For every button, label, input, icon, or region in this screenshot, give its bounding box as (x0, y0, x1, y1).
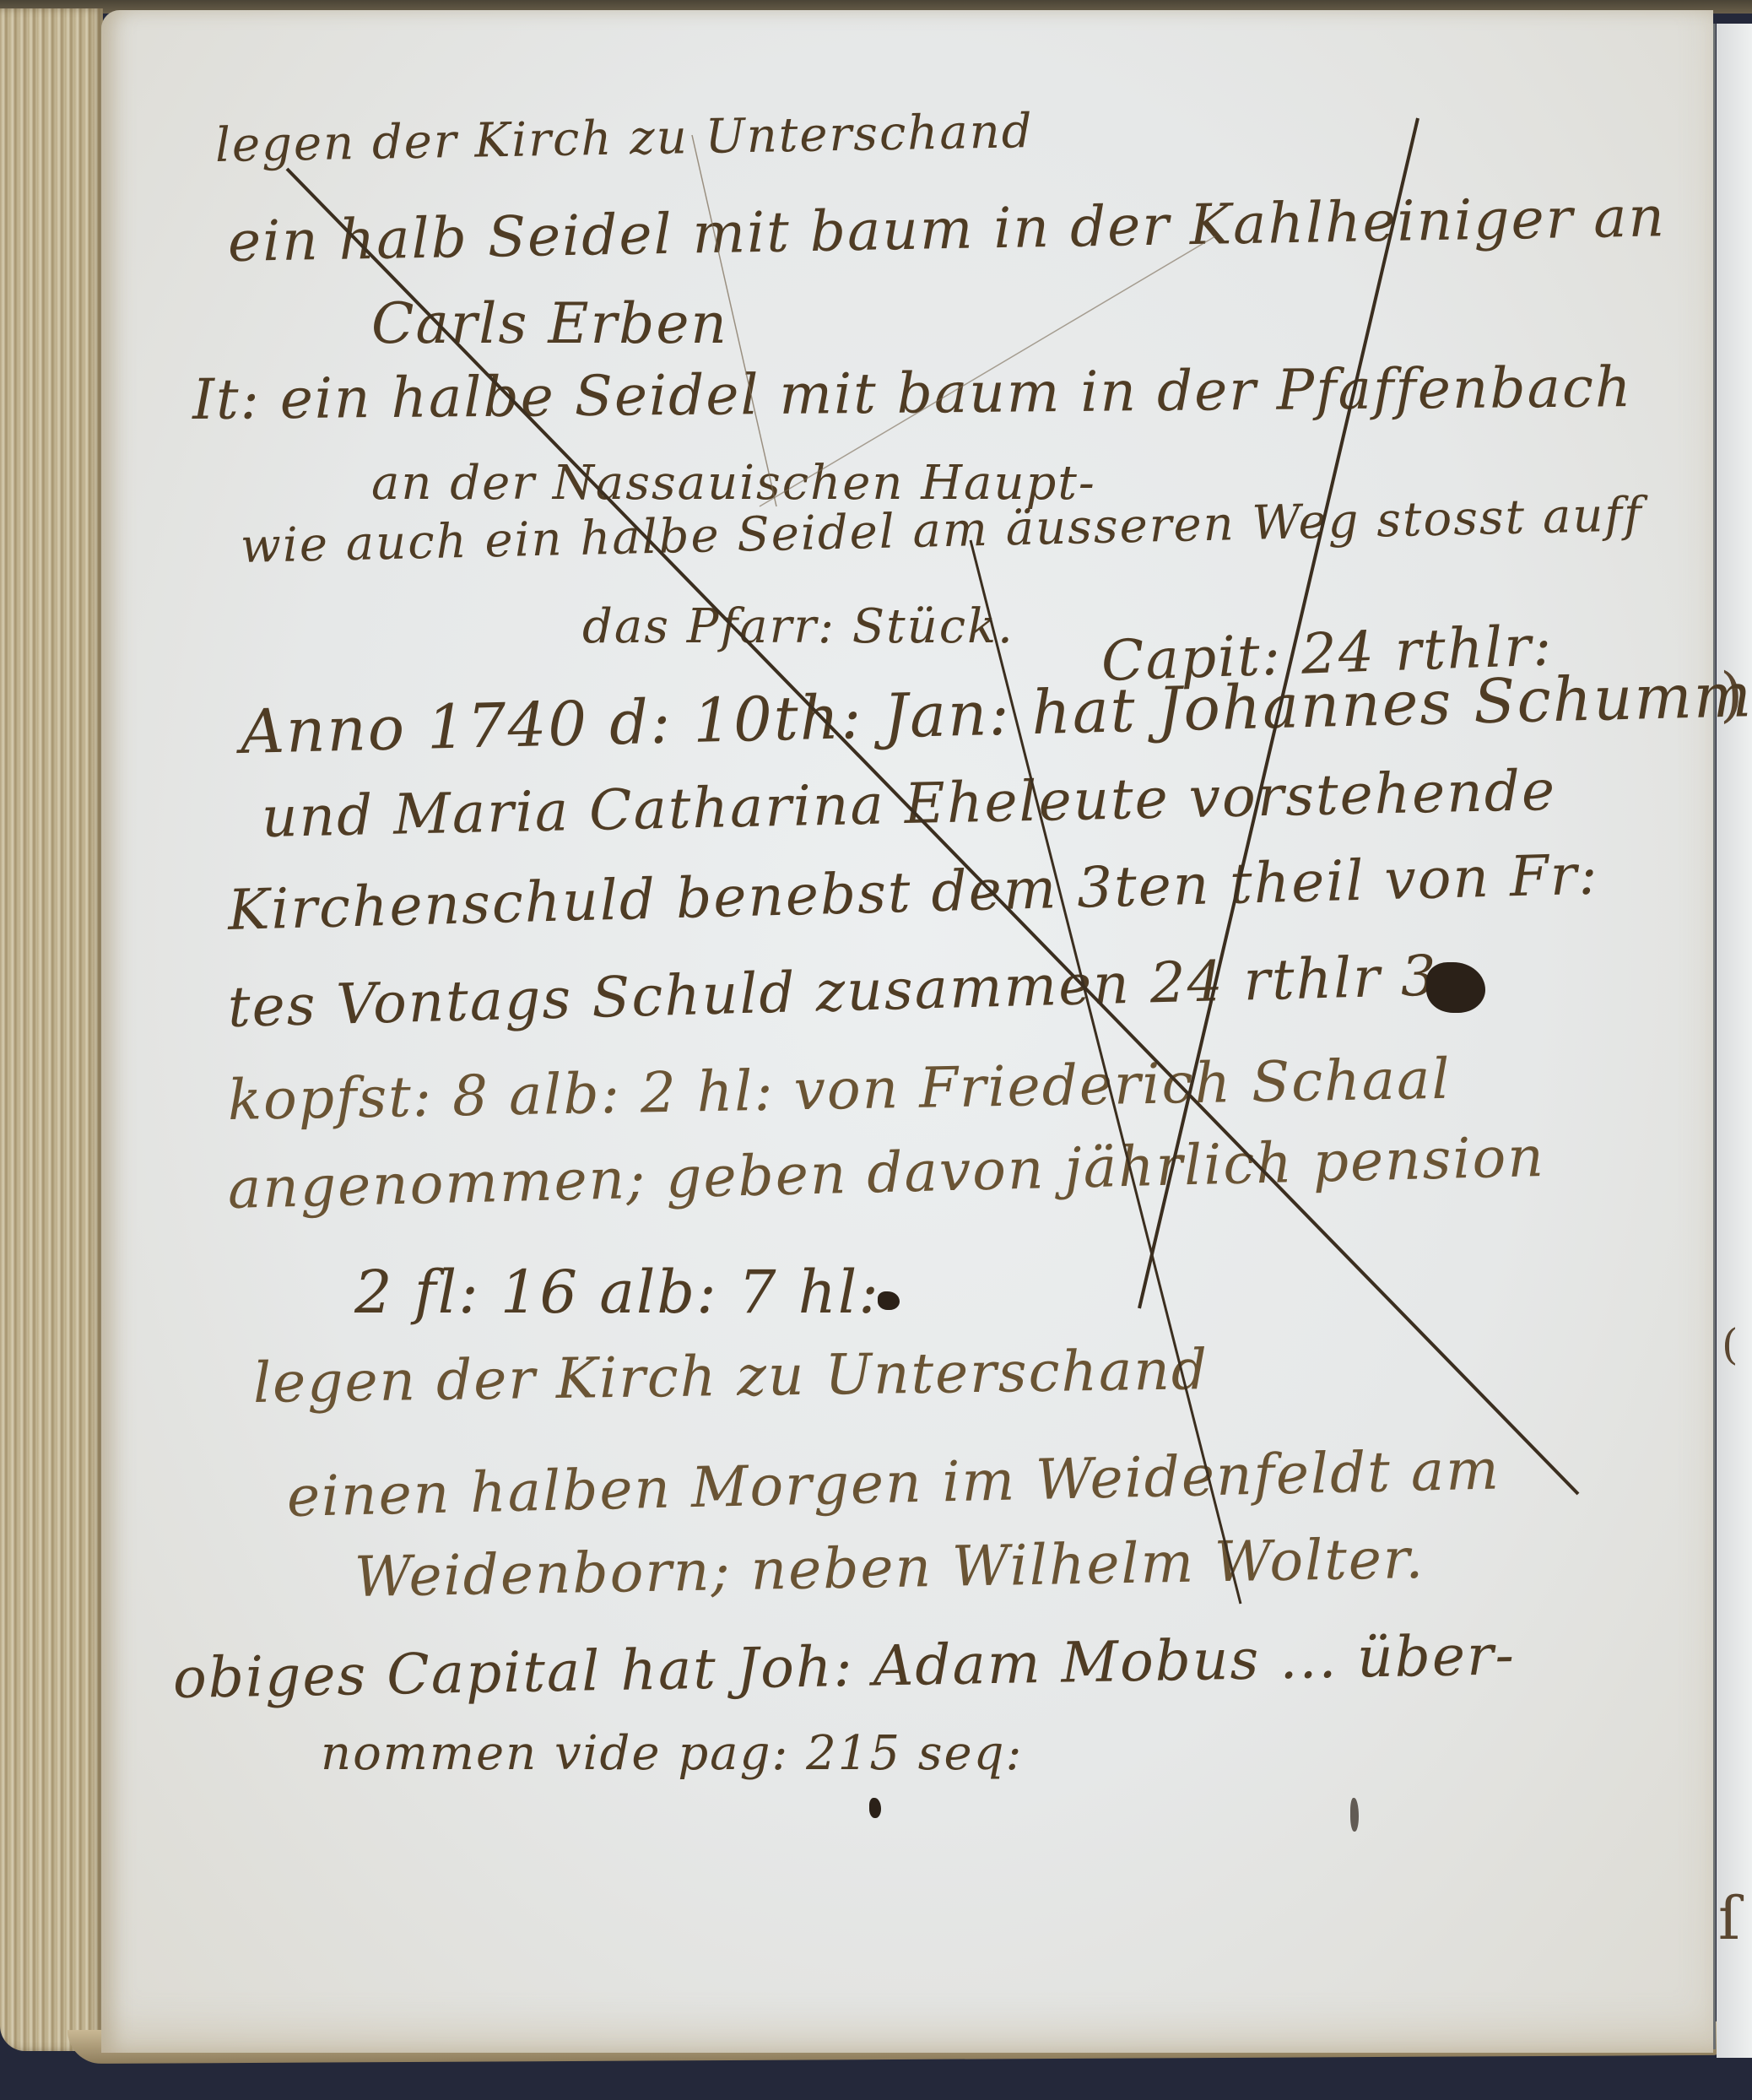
binding-gutter-line (1713, 24, 1716, 2049)
page-stack-edge (0, 8, 103, 2051)
facing-page-sliver: ) ( ſ (1717, 24, 1752, 2058)
manuscript-line: It: ein halbe Seidel mit baum in der Pfa… (192, 355, 1633, 432)
manuscript-line: nommen vide pag: 215 seq: (321, 1726, 1023, 1781)
facing-page-mark: ( (1722, 1323, 1738, 1366)
facing-page-mark: ſ (1718, 1889, 1740, 1948)
ink-blot (1350, 1798, 1359, 1832)
manuscript-line: das Pfarr: Stück. (582, 599, 1014, 654)
manuscript-line: 2 fl: 16 alb: 7 hl: (354, 1258, 880, 1327)
ink-blot (869, 1798, 881, 1818)
manuscript-line: Carls Erben (371, 291, 728, 356)
manuscript-line: legen der Kirch zu Unterschand (252, 1337, 1209, 1415)
ink-blot (878, 1291, 900, 1310)
